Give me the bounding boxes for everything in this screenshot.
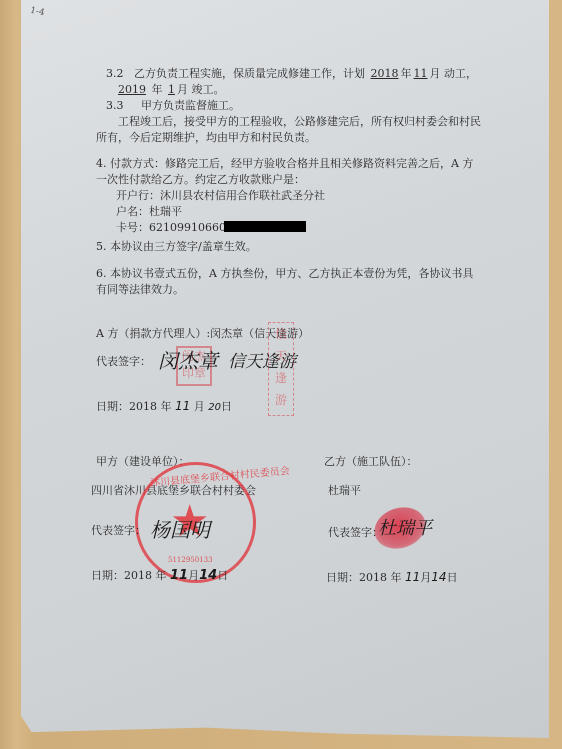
clause-text: 甲方负责监督施工。 [141,99,240,112]
date-month: 11 [175,399,190,413]
end-month: 1 [166,83,177,96]
party-jia-sign-label: 代表签字： [91,523,146,539]
clause-6-line1: 6. 本协议书壹式五份，A 方执叁份，甲方、乙方执正本壹份为凭，各协议书具 [96,266,473,282]
month-label: 月 [430,67,441,80]
clause-3-3-para-2: 所有，今后定期维护，均由甲方和村民负责。 [96,130,316,146]
clause-text: 乙方负责工程实施，保质量完成修建工作，计划 [134,67,365,80]
card-number-visible: 62109910660 [149,221,226,234]
date-month: 11 [170,568,188,583]
date-month-label: 月 [194,400,205,413]
account-name: 户名：杜瑞平 [116,204,182,220]
clause-3-3: 3.3 甲方负责监督施工。 [106,98,240,114]
signature-1: 闵杰章 [158,345,218,374]
party-a-date: 日期：2018 年 11 月 20日 [96,398,232,416]
party-yi-date: 日期：2018 年 11月14日 [326,569,458,586]
party-jia-signature: 杨国明 [150,514,210,543]
date-prefix: 日期：2018 年 [96,400,172,413]
name-seal-vertical: 信天逢游 [268,322,294,416]
redaction-bar [224,221,306,232]
date-day-label: 日 [221,400,232,413]
clause-6-line2: 有同等法律效力。 [96,282,184,298]
date-prefix: 日期：2018 年 [326,571,402,584]
party-a-sign-label: 代表签字： [96,354,151,370]
date-day: 20 [208,402,221,413]
date-day: 14 [431,570,446,584]
date-month: 11 [405,570,420,584]
party-yi-signature: 杜瑞平 [378,514,432,540]
clause-3-2-line2: 2019 年 1月 竣工。 [106,82,225,98]
clause-number: 3.2 [106,67,124,80]
clause-3-3-para-1: 工程竣工后，接受甲方的工程验收，公路修建完后，所有权归村委会和村民 [118,114,481,130]
card-label: 卡号： [116,221,149,234]
clause-number: 3.3 [106,99,124,112]
seal-number: 5112950133 [168,552,213,568]
start-year: 2018 [369,67,401,80]
party-yi-sign-label: 代表签字： [328,525,383,541]
date-month-label: 月 [420,571,431,584]
party-yi-title: 乙方（施工队伍）： [324,454,418,470]
clause-5: 5. 本协议由三方签字/盖章生效。 [96,239,257,255]
party-jia-date: 日期：2018 年 11月14日 [91,568,228,584]
date-month-label: 月 [188,569,199,582]
date-day: 14 [199,568,217,583]
year-label: 年 [401,67,412,80]
end-year: 2019 [106,83,148,96]
clause-4-line1: 4. 付款方式：修路完工后，经甲方验收合格并且相关修路资料完善之后，A 方 [96,156,473,172]
date-prefix: 日期：2018 年 [91,569,167,582]
start-month: 11 [412,67,430,80]
party-yi-name: 杜瑞平 [328,483,361,499]
corner-mark: 1-4 [28,3,46,22]
card-number: 卡号：62109910660 [116,220,306,236]
clause-4-line2: 一次性付款给乙方。约定乙方收款账户是： [96,172,305,188]
date-day-label: 日 [447,571,458,584]
end-suffix: 竣工。 [192,83,225,96]
start-suffix: 动工， [444,67,477,80]
date-day-label: 日 [217,569,228,582]
bank-name: 开户行：沐川县农村信用合作联社武圣分社 [116,188,325,204]
clause-3-2: 3.2 乙方负责工程实施，保质量完成修建工作，计划 2018年11月 动工， [106,66,477,82]
year-label: 年 [152,83,163,96]
month-label: 月 [177,83,188,96]
